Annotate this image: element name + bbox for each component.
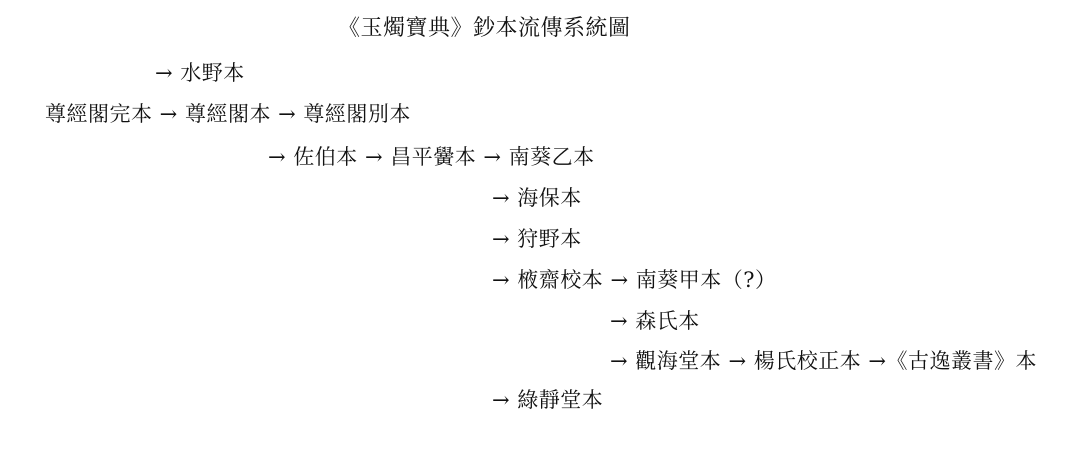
diagram-line-kano-bon: → 狩野本	[492, 229, 582, 250]
diagram-line-saeki-shoheiko: → 佐伯本 → 昌平黌本 → 南葵乙本	[268, 147, 595, 168]
diagram-line-ekisai-kohon: → 棭齋校本 → 南葵甲本（?）	[492, 270, 776, 291]
diagram-line-mizuno-bon: → 水野本	[155, 63, 245, 84]
diagram-line-kaiho-bon: → 海保本	[492, 188, 582, 209]
lineage-diagram-page: 《玉燭寶典》鈔本流傳系統圖 → 水野本 尊經閣完本 → 尊經閣本 → 尊經閣別本…	[0, 0, 1080, 473]
diagram-line-ryokuseido-bon: → 綠靜堂本	[492, 390, 603, 411]
diagram-line-kankaido-guyi-congshu: → 觀海堂本 → 楊氏校正本 →《古逸叢書》本	[610, 351, 1037, 372]
diagram-title: 《玉燭寶典》鈔本流傳系統圖	[338, 18, 631, 40]
diagram-line-morishi-bon: → 森氏本	[610, 311, 700, 332]
diagram-line-sonkeikaku-root: 尊經閣完本 → 尊經閣本 → 尊經閣別本	[45, 104, 411, 125]
